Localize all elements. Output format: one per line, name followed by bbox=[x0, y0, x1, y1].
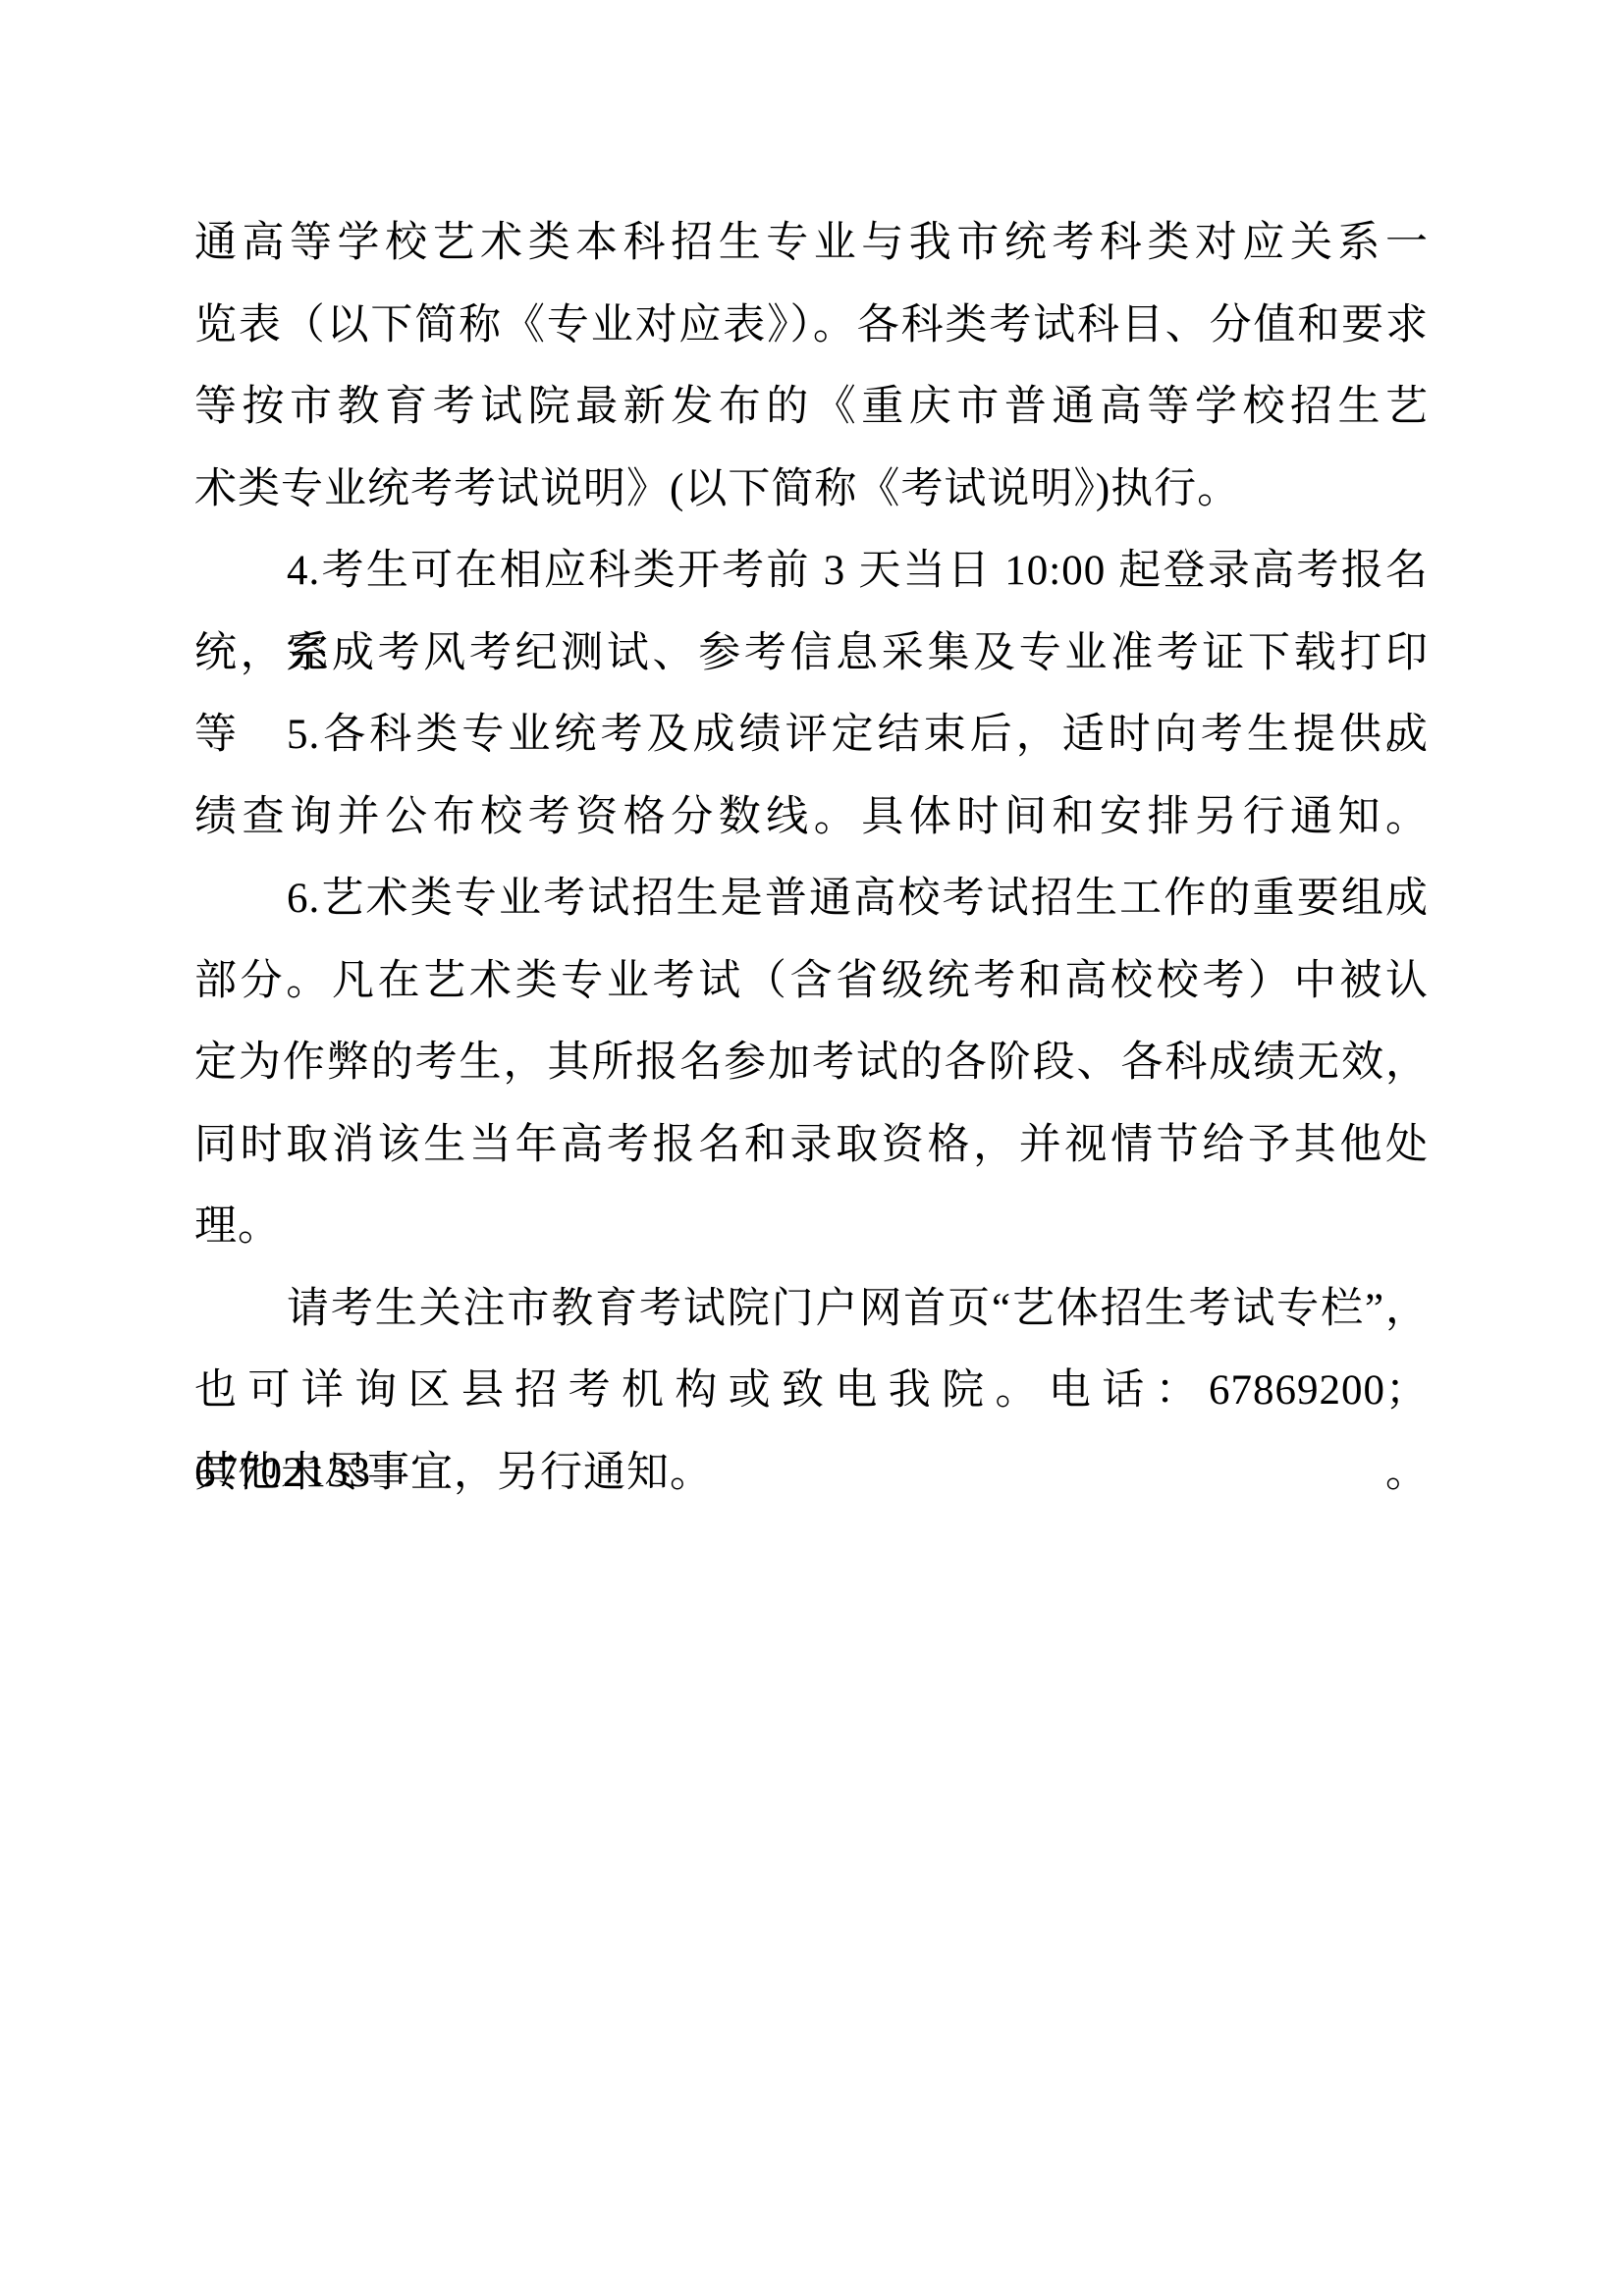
text-line-8: 绩查询并公布校考资格分数线。具体时间和安排另行通知。 bbox=[194, 776, 1429, 859]
text-line-6: 统，完成考风考纪测试、参考信息采集及专业准考证下载打印等。 bbox=[194, 613, 1429, 695]
document-page: 通高等学校艺术类本科招生专业与我市统考科类对应关系一览表（以下简称《专业对应表》… bbox=[0, 0, 1624, 2296]
text-line-12: 同时取消该生当年高考报名和录取资格，并视情节给予其他处 bbox=[194, 1104, 1429, 1187]
text-line-2: 览表（以下简称《专业对应表》）。各科类考试科目、分值和要求 bbox=[194, 285, 1429, 367]
text-line-10: 部分。凡在艺术类专业考试（含省级统考和高校校考）中被认 bbox=[194, 940, 1429, 1023]
text-block: 通高等学校艺术类本科招生专业与我市统考科类对应关系一览表（以下简称《专业对应表》… bbox=[194, 202, 1429, 1514]
text-line-15: 也可详询区县招考机构或致电我院。电话：67869200；67702133。 bbox=[194, 1350, 1429, 1432]
text-line-4: 术类专业统考考试说明》(以下简称《考试说明》)执行。 bbox=[194, 449, 1429, 531]
text-line-9: 6.艺术类专业考试招生是普通高校考试招生工作的重要组成 bbox=[194, 858, 1429, 940]
text-line-11: 定为作弊的考生，其所报名参加考试的各阶段、各科成绩无效， bbox=[194, 1022, 1429, 1104]
text-line-7: 5.各科类专业统考及成绩评定结束后，适时向考生提供成 bbox=[194, 694, 1429, 776]
text-line-14: 请考生关注市教育考试院门户网首页“艺体招生考试专栏”， bbox=[194, 1268, 1429, 1351]
text-line-13: 理。 bbox=[194, 1186, 1429, 1268]
text-line-1: 通高等学校艺术类本科招生专业与我市统考科类对应关系一 bbox=[194, 202, 1429, 285]
text-line-5: 4.考生可在相应科类开考前 3 天当日 10:00 起登录高考报名系 bbox=[194, 530, 1429, 613]
text-line-3: 等按市教育考试院最新发布的《重庆市普通高等学校招生艺 bbox=[194, 366, 1429, 449]
